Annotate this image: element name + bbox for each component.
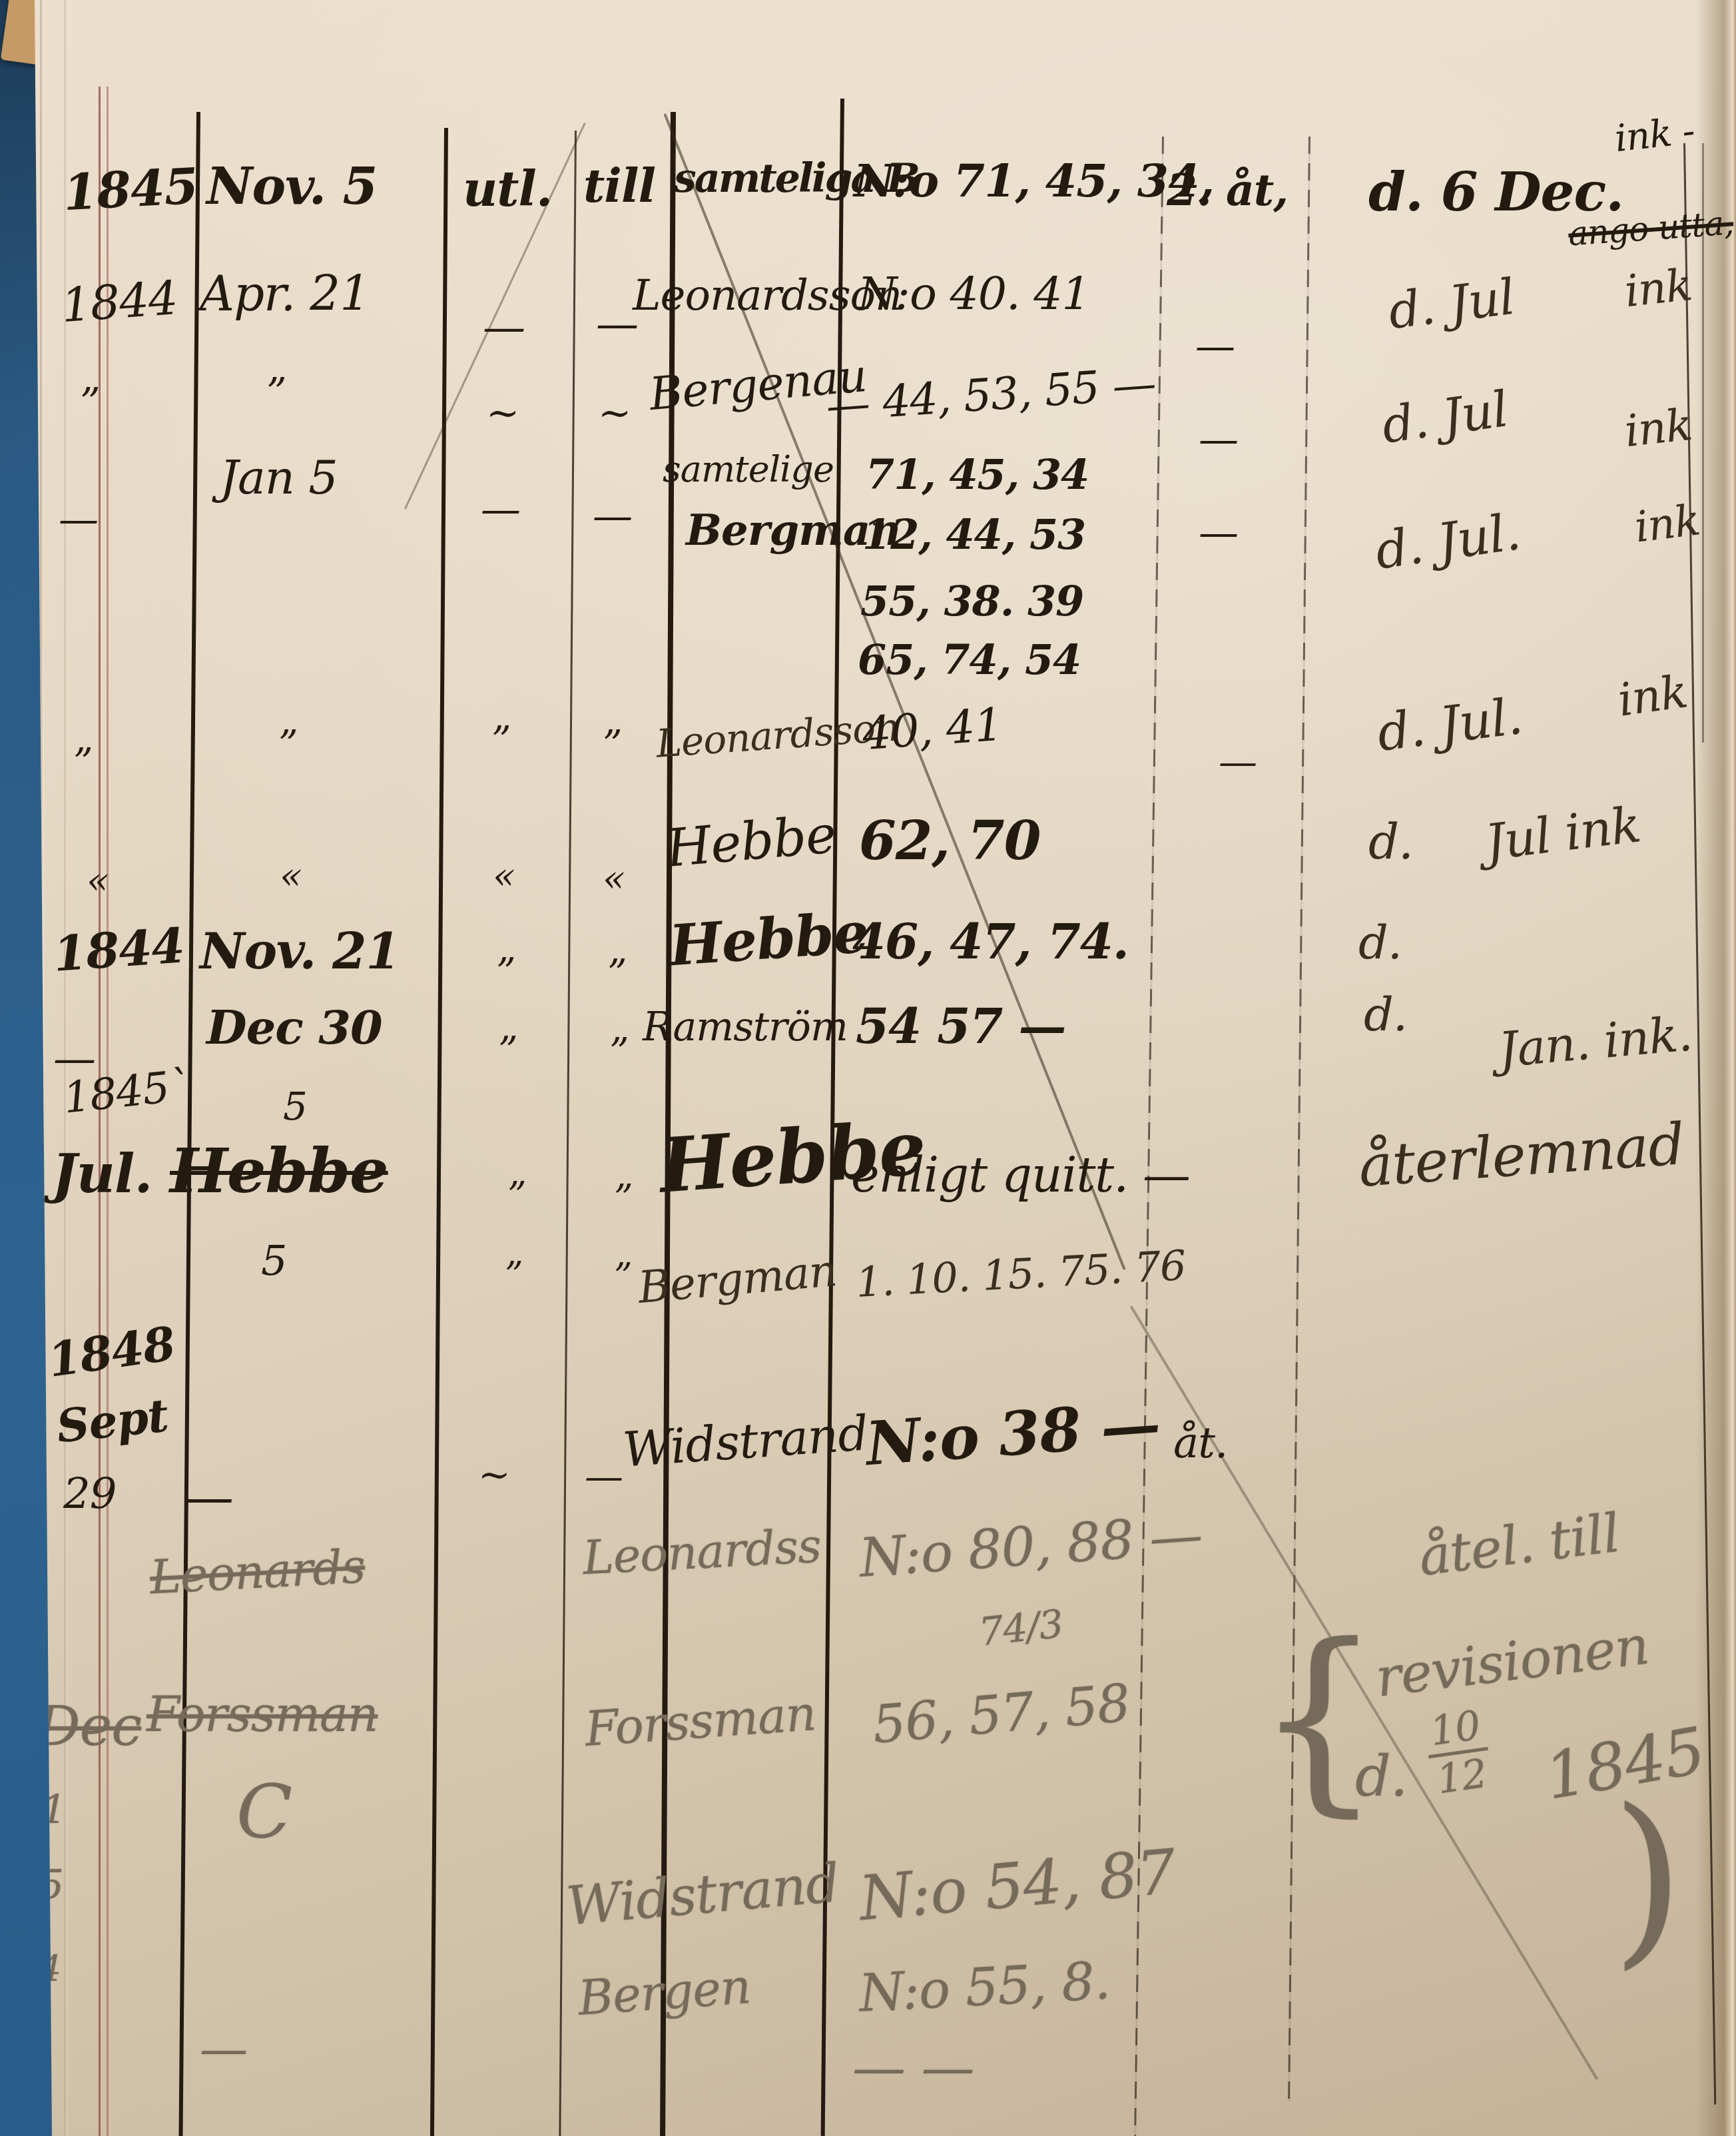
- column-rule: [178, 112, 200, 2136]
- header-year: 1845: [62, 162, 199, 218]
- ledger-page: 1845 Nov. 5 utl. till samteliga B N:o 71…: [0, 0, 1736, 2136]
- cell-till: ”: [614, 1259, 632, 1295]
- cell-numbers-line2: 74/3: [977, 1604, 1065, 1652]
- cell-year-line1: 1848: [45, 1320, 178, 1384]
- cell-till: ~: [598, 393, 631, 433]
- cell-numbers-line2: 12, 44, 53: [862, 514, 1085, 555]
- cell-note: d.: [1364, 991, 1407, 1038]
- cell-date-struck: Hebbe: [170, 1140, 388, 1202]
- cell-date: Jan 5: [220, 454, 338, 501]
- header-ink-note: ink -: [1613, 113, 1696, 158]
- cell-utl: ”: [498, 1031, 517, 1070]
- cell-numbers: 46, 47, 74.: [852, 918, 1129, 966]
- cell-till: «: [603, 861, 625, 898]
- cell-utl: ”: [491, 721, 511, 759]
- cell-name: Bergen: [577, 1962, 752, 2022]
- cell-extra: åt.: [1173, 1422, 1227, 1465]
- cell-note-line1: åtel. till: [1416, 1507, 1622, 1584]
- cell-extra: —: [1199, 420, 1238, 460]
- cell-name: Leonardss: [581, 1523, 822, 1582]
- cell-numbers-line1: 71, 45, 34: [866, 454, 1089, 496]
- margin-mark: 4: [39, 1952, 61, 1987]
- page-edge-crease: [40, 0, 44, 2136]
- cell-till: ”: [609, 1032, 629, 1071]
- cell-till: ”: [603, 725, 622, 763]
- cell-date: 5: [261, 1240, 286, 1281]
- cell-extra: —: [1195, 326, 1235, 366]
- cell-utl: ”: [496, 952, 515, 991]
- cell-date: —: [183, 1472, 228, 1523]
- cell-numbers: N:o 38 —: [864, 1394, 1161, 1475]
- cell-date-struck: Leonards: [148, 1543, 366, 1601]
- cell-numbers: 56, 57, 58: [870, 1677, 1131, 1751]
- cell-utl: ~: [486, 393, 519, 433]
- header-numbers: N:o 71, 45, 34,: [854, 159, 1214, 204]
- cell-year: ”: [73, 743, 93, 781]
- cell-note2: Jan. ink.: [1496, 1009, 1693, 1074]
- cell-ink: ink: [1615, 669, 1690, 724]
- cell-till: ”: [614, 1180, 633, 1218]
- cell-till: —: [596, 303, 638, 346]
- cell-till: —: [593, 496, 632, 536]
- cell-year: —: [59, 500, 98, 539]
- cell-numbers-line3: 55, 38. 39: [860, 581, 1083, 622]
- cell-numbers: 62, 70: [859, 814, 1040, 867]
- cell-note-line2: revisionen: [1373, 1618, 1651, 1705]
- cell-numbers: 40, 41: [861, 703, 1004, 758]
- cell-till: —: [585, 1457, 623, 1496]
- cell-note2: Jul ink: [1482, 800, 1643, 868]
- column-rule: [430, 128, 448, 2136]
- cell-date: Apr. 21: [200, 270, 370, 318]
- cell-note: d. Jul: [1379, 384, 1511, 451]
- cell-numbers: 1. 10. 15. 75. 76: [855, 1245, 1187, 1303]
- cell-numbers: N:o 54, 87: [857, 1841, 1178, 1930]
- header-extra: 2. åt,: [1167, 168, 1288, 212]
- cell-year: 1844: [60, 274, 179, 329]
- cell-numbers: N:o 80, 88 —: [858, 1508, 1204, 1585]
- cell-year-line3: 29: [63, 1473, 116, 1516]
- cell-utl: ”: [507, 1178, 526, 1215]
- cell-note: d.: [1358, 919, 1402, 966]
- cell-till: ”: [607, 954, 627, 992]
- cell-date: ”: [278, 725, 298, 763]
- cell-date-superscript: 5: [283, 1087, 307, 1126]
- cell-name: Ramström: [643, 1007, 848, 1047]
- cell-year-line2: Jul.: [52, 1147, 152, 1200]
- cell-note: d. Jul: [1386, 272, 1517, 337]
- photo-background: 1845 Nov. 5 utl. till samteliga B N:o 71…: [0, 0, 1736, 2136]
- cell-numbers: 54 57 —: [856, 1002, 1066, 1050]
- header-utl: utl.: [463, 165, 552, 213]
- cell-year: ”: [80, 383, 100, 423]
- cell-date-struck: Forssman: [146, 1690, 378, 1738]
- cell-ink: ink: [1623, 403, 1694, 454]
- cell-numbers-line4: 65, 74, 54: [858, 639, 1081, 681]
- cell-date: —: [200, 2025, 244, 2073]
- cell-name: Widstrand: [621, 1409, 870, 1474]
- margin-mark: 5: [39, 1865, 63, 1905]
- cell-note: d. Jul.: [1374, 691, 1524, 759]
- cell-name-line1: samtelige: [663, 452, 834, 488]
- cell-year: «: [87, 863, 109, 900]
- column-rule: [559, 131, 577, 2136]
- cell-date: ”: [266, 373, 286, 413]
- cell-numbers: N:o 55, 8.: [858, 1955, 1111, 2020]
- cell-year-line1: 1845`: [61, 1064, 192, 1120]
- cell-utl: ”: [505, 1257, 523, 1293]
- cell-note: d.: [1368, 818, 1413, 866]
- cell-numbers: enligt quitt. —: [851, 1151, 1190, 1199]
- cell-utl: «: [493, 858, 515, 895]
- header-date: Nov. 5: [206, 161, 377, 212]
- cell-date: Dec 30: [206, 1004, 382, 1051]
- cell-note-d: d.: [1355, 1748, 1407, 1804]
- cell-date: Nov. 21: [200, 927, 400, 976]
- cell-numbers: N:o 40. 41: [858, 272, 1090, 317]
- cell-name: Hebbe: [667, 904, 870, 974]
- header-note: d. 6 Dec.: [1368, 165, 1623, 218]
- cell-date-flourish: C: [236, 1775, 292, 1848]
- cell-numbers: — —: [852, 2041, 974, 2095]
- fraction-denominator: 12: [1429, 1750, 1494, 1801]
- cell-date: «: [280, 858, 302, 895]
- cell-ink: ink: [1623, 263, 1694, 314]
- cell-note: d. Jul.: [1372, 506, 1523, 577]
- cell-utl: ~: [478, 1455, 510, 1494]
- margin-mark: 1: [41, 1790, 66, 1830]
- cell-year: Dec: [37, 1700, 141, 1754]
- cell-note-fraction: 10 12: [1422, 1704, 1494, 1800]
- cell-year-line2: Sept: [55, 1393, 170, 1449]
- cell-utl: —: [481, 490, 520, 530]
- cell-numbers: — 44, 53, 55 —: [824, 362, 1157, 428]
- cell-note: återlemnad: [1357, 1116, 1686, 1196]
- cell-utl: —: [483, 306, 525, 349]
- cell-extra: —: [1219, 743, 1257, 781]
- cell-name: Widstrand: [564, 1856, 841, 1933]
- cell-extra: —: [1199, 513, 1238, 553]
- closing-paren: ): [1611, 1785, 1683, 1971]
- cell-year: 1844: [52, 921, 186, 978]
- cell-name: Forssman: [583, 1689, 817, 1753]
- header-till: till: [583, 163, 655, 209]
- cell-ink: ink: [1632, 499, 1702, 549]
- cell-name: Hebbe: [664, 809, 838, 875]
- column-rule: [1134, 137, 1164, 2136]
